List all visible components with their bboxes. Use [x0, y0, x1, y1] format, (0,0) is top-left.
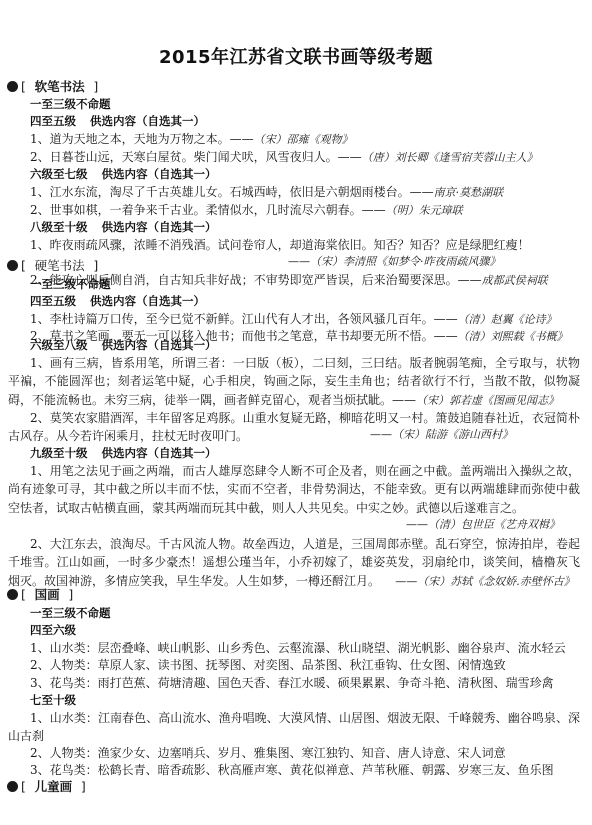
- list-item: 3、花鸟类：松鹤长青、暗香疏影、秋高雁声寒、黄花似禅意、芦苇秋雁、朝露、岁寒三友…: [30, 762, 554, 778]
- bullet-icon: [7, 260, 18, 271]
- section-header-ruanbi: [ 软笔书法 ]: [7, 79, 98, 95]
- paragraph-item: 2、大江东去，浪淘尽。千古风流人物。故垒西边，人道是，三国周郎赤壁。乱石穿空，惊…: [8, 535, 580, 591]
- section-name: 软笔书法: [35, 79, 85, 94]
- list-item: 1、山水类：江南春色、高山流水、渔舟唱晚、大漠风情、山居图、烟波无限、千峰競秀、…: [8, 709, 580, 746]
- section-name: 国画: [35, 587, 60, 602]
- list-item: 2、日暮苍山远，天寒白屋贫。柴门闻犬吠，风雪夜归人。——（唐）刘长卿《逢雪宿芙蓉…: [30, 149, 538, 166]
- list-item: 2、人物类：渔家少女、边塞哨兵、岁月、雅集图、寒江独钓、知音、唐人诗意、宋人词意: [30, 745, 506, 761]
- bullet-icon: [7, 781, 18, 792]
- level-heading: 一至三级不命题: [30, 276, 111, 292]
- level-heading: 七至十级: [30, 692, 76, 708]
- list-item: 1、李杜诗篇万口传，至今已觉不新鲜。江山代有人才出，各领风骚几百年。——（清）赵…: [30, 311, 557, 328]
- level-heading: 四至六级: [30, 622, 76, 638]
- level-heading: 九级至十级供选内容（自选其一）: [30, 445, 217, 461]
- list-item: 1、山水类：层峦叠峰、峡山帆影、山乡秀色、云壑流瀑、秋山晓望、湖光帆影、幽谷泉声…: [30, 640, 566, 656]
- section-header-guohua: [ 国画 ]: [7, 587, 73, 603]
- section-name: 硬笔书法: [35, 258, 85, 273]
- level-heading: 四至五级供选内容（自选其一）: [30, 293, 205, 309]
- list-item: 1、昨夜雨疏风骤，浓睡不消残酒。试问卷帘人，却道海棠依旧。知否？知否？应是绿肥红…: [30, 237, 530, 253]
- citation: ——（宋）陆游《游山西村》: [370, 427, 513, 443]
- citation: ——（清）包世臣《艺舟双楫》: [406, 517, 560, 533]
- citation: ——（宋）李清照《如梦令·昨夜雨疏风骤》: [288, 254, 501, 270]
- list-item: 2、世事如棋，一着争来千古业。柔情似水，几时流尽六朝春。——（明）朱元璋联: [30, 202, 463, 219]
- page-title: 2015年江苏省文联书画等级考题: [0, 43, 592, 69]
- list-item: 3、花鸟类：雨打芭蕉、荷塘清趣、国色天香、春江水暖、硕果累累、争奇斗艳、清秋图、…: [30, 675, 554, 691]
- bullet-icon: [7, 589, 18, 600]
- section-header-ertonghua: [ 儿童画 ]: [7, 779, 86, 795]
- list-item: 1、江水东流，淘尽了千古英雄儿女。石城西峙，依旧是六朝烟雨楼台。——南京·莫愁湖…: [30, 184, 503, 201]
- level-heading: 一至三级不命题: [30, 96, 111, 112]
- bullet-icon: [7, 81, 18, 92]
- level-heading: 一至三级不命题: [30, 605, 111, 621]
- paragraph-item: 1、画有三病，皆系用笔，所谓三者：一曰版（板），二曰刻，三曰结。版者腕弱笔痴，全…: [8, 354, 580, 410]
- level-heading: 八级至十级供选内容（自选其一）: [30, 219, 217, 235]
- section-name: 儿童画: [35, 779, 73, 794]
- section-header-yingbi: [ 硬笔书法 ]: [7, 258, 98, 274]
- paragraph-item: 1、用笔之法见于画之两端，而古人雄厚恣肆令人断不可企及者，则在画之中截。盖两端出…: [8, 462, 580, 517]
- list-item: 2、人物类：草原人家、读书图、抚琴图、对奕图、品茶图、秋江垂钩、仕女图、闲情逸致: [30, 657, 506, 673]
- level-heading: 六级至七级供选内容（自选其一）: [30, 166, 217, 182]
- level-heading: 六级至八级供选内容（自选其一）: [30, 337, 217, 353]
- list-item: 1、道为天地之本，天地为万物之本。——（宋）邵雍《观物》: [30, 131, 353, 148]
- level-heading: 四至五级供选内容（自选其一）: [30, 113, 205, 129]
